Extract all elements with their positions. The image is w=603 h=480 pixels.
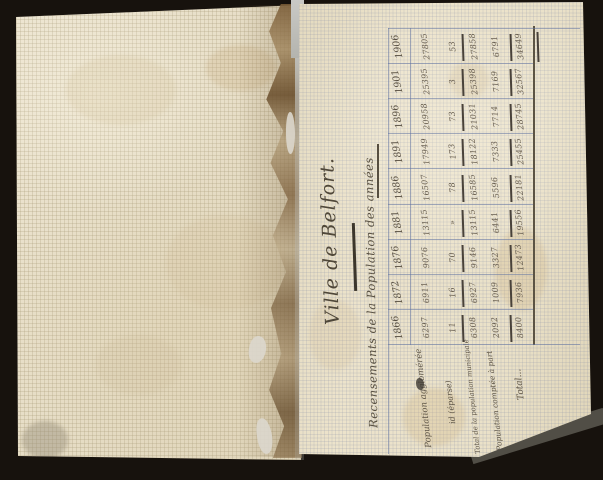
row-label-comptee-a-part: Population comptée à part	[485, 350, 504, 451]
addition-line	[510, 315, 513, 342]
row-label-total: Total...	[513, 368, 526, 400]
table-cell: 16	[446, 274, 459, 310]
table-cell: 70	[446, 239, 459, 275]
table-cell: 6911	[419, 274, 432, 310]
table-column-line	[388, 309, 533, 310]
table-cell: 73	[446, 99, 459, 135]
row-label-eparse: id (éparse)	[444, 380, 458, 424]
stain-blob	[22, 421, 68, 459]
addition-line	[510, 104, 513, 131]
table-cell: 12473	[513, 239, 526, 275]
table-line	[410, 28, 411, 345]
addition-line	[510, 69, 513, 96]
table-cell: 6927	[467, 274, 480, 310]
table-cell: 78	[446, 169, 459, 205]
table-column-line	[388, 344, 580, 345]
census-page: Ville de Belfort. Recensements de la Pop…	[299, 2, 591, 460]
row-label-total-municipale: Total de la population municipale	[462, 339, 482, 454]
table-bottom-border	[533, 26, 535, 345]
grand-total-underline	[536, 32, 539, 62]
addition-line	[510, 174, 513, 201]
year-header: 1881	[388, 204, 406, 241]
year-header: 1906	[388, 28, 406, 65]
table-cell: »	[446, 204, 459, 240]
addition-line	[462, 245, 465, 272]
addition-line	[510, 139, 513, 166]
table-cell: 11	[446, 309, 459, 345]
table-cell: 7169	[489, 64, 502, 100]
table-cell: 5596	[489, 169, 502, 205]
addition-line	[462, 174, 465, 201]
year-header: 1896	[388, 99, 406, 136]
addition-line	[510, 245, 513, 272]
table-cell: 16585	[467, 169, 480, 205]
table-column-line	[388, 204, 533, 205]
table-cell: 32567	[513, 64, 526, 100]
plaster-patch	[286, 112, 295, 154]
table-cell: 25398	[467, 64, 480, 100]
table-cell: 28745	[513, 99, 526, 135]
table-cell: 6297	[419, 309, 432, 345]
table-cell: 17949	[419, 134, 432, 170]
year-header: 1876	[388, 239, 406, 276]
table-cell: 1009	[489, 274, 502, 310]
addition-line	[462, 34, 465, 61]
table-column-line	[388, 63, 533, 64]
year-header: 1901	[388, 63, 406, 100]
table-column-line	[388, 274, 533, 275]
table-column-line	[388, 133, 533, 134]
scanned-register-spread: Ville de Belfort. Recensements de la Pop…	[0, 0, 603, 480]
table-cell: 34649	[513, 29, 526, 65]
table-column-line	[388, 28, 580, 29]
table-cell: 22181	[513, 169, 526, 205]
stain-blob	[66, 55, 176, 125]
table-cell: 3	[446, 64, 459, 100]
addition-line	[462, 104, 465, 131]
table-cell: 7333	[489, 134, 502, 170]
stain-blob	[96, 335, 181, 395]
ink-smudge	[416, 378, 424, 390]
addition-line	[510, 210, 513, 237]
table-cell: 27805	[419, 29, 432, 65]
table-cell: 2092	[489, 309, 502, 345]
table-cell: 6791	[489, 29, 502, 65]
subtitle-flourish	[377, 144, 379, 198]
table-column-line	[388, 239, 533, 240]
table-cell: 13115	[419, 204, 432, 240]
year-header: 1891	[388, 134, 406, 171]
table-cell: 21031	[467, 99, 480, 135]
table-cell: 6441	[489, 204, 502, 240]
table-cell: 25455	[513, 134, 526, 170]
table-cell: 9076	[419, 239, 432, 275]
table-cell: 9146	[467, 239, 480, 275]
table-cell: 8400	[513, 309, 526, 345]
addition-line	[462, 280, 465, 307]
rotated-page-content: Ville de Belfort. Recensements de la Pop…	[299, 4, 585, 456]
table-cell: 16507	[419, 169, 432, 205]
addition-line	[462, 210, 465, 237]
table-cell: 27858	[467, 29, 480, 65]
table-cell: 7936	[513, 274, 526, 310]
addition-line	[462, 139, 465, 166]
addition-line	[510, 280, 513, 307]
table-column-line	[388, 98, 533, 99]
table-cell: 18122	[467, 134, 480, 170]
table-cell: 20958	[419, 99, 432, 135]
year-header: 1886	[388, 169, 406, 206]
year-header: 1872	[388, 274, 406, 311]
table-cell: 53	[446, 29, 459, 65]
table-cell: 13115	[467, 204, 480, 240]
row-label-agglomeree: Population agglomérée	[414, 348, 434, 448]
addition-line	[510, 34, 513, 61]
addition-line	[462, 69, 465, 96]
addition-line	[462, 315, 465, 342]
table-cell: 173	[446, 134, 459, 170]
table-column-line	[388, 169, 533, 170]
title-underline	[352, 223, 357, 291]
table-cell: 25395	[419, 64, 432, 100]
year-header: 1866	[388, 309, 406, 346]
table-cell: 7714	[489, 99, 502, 135]
table-cell: 3327	[489, 239, 502, 275]
page-title: Ville de Belfort.	[316, 141, 345, 342]
table-cell: 19556	[513, 204, 526, 240]
